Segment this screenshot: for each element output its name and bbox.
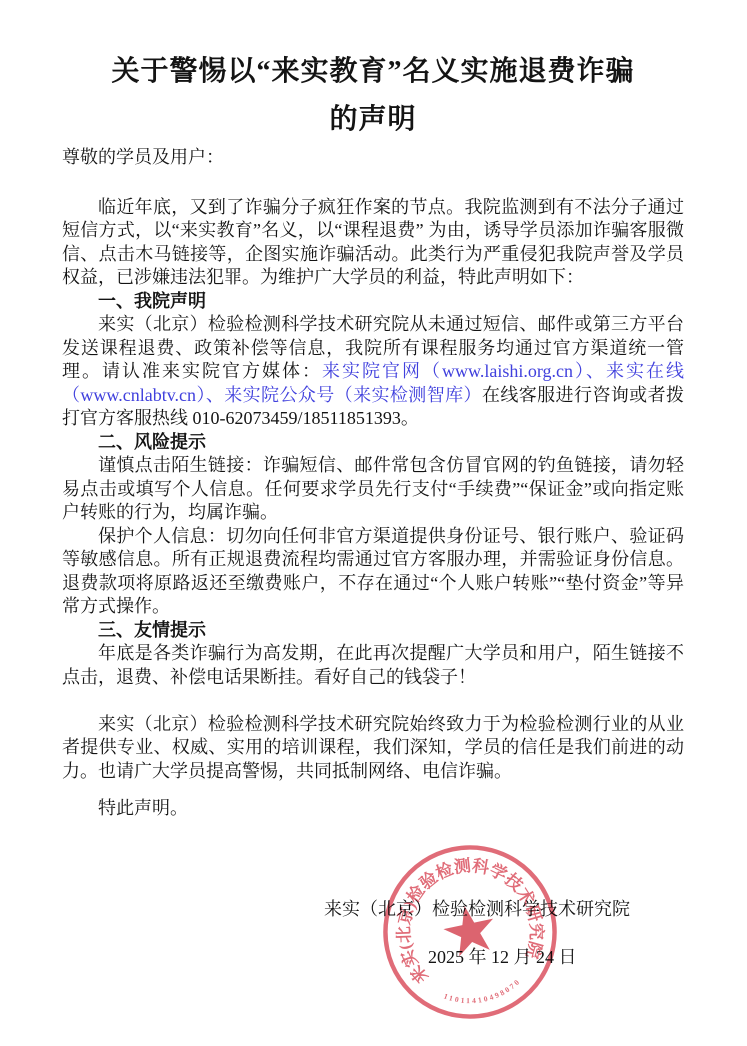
risk-paragraph-links: 谨慎点击陌生链接：诈骗短信、邮件常包含仿冒官网的钓鱼链接，请勿轻易点击或填写个人…: [62, 454, 684, 525]
section-heading-statement: 一、我院声明: [62, 290, 684, 314]
intro-paragraph: 临近年底，又到了诈骗分子疯狂作案的节点。我院监测到有不法分子通过短信方式，以“来…: [62, 196, 684, 290]
statement-document: 关于警惕以“来实教育”名义实施退费诈骗 的声明 尊敬的学员及用户： 临近年底，又…: [0, 0, 747, 1046]
title-line-2: 的声明: [62, 96, 684, 144]
section-heading-risk: 二、风险提示: [62, 431, 684, 455]
reminder-paragraph: 年底是各类诈骗行为高发期，在此再次提醒广大学员和用户，陌生链接不点击，退费、补偿…: [62, 642, 684, 689]
salutation: 尊敬的学员及用户：: [62, 146, 684, 170]
official-seal: 来实(北京)检验检测科学技术研究院 11011410498070: [364, 826, 575, 1037]
star-icon: [440, 901, 500, 959]
document-body: 关于警惕以“来实教育”名义实施退费诈骗 的声明 尊敬的学员及用户： 临近年底，又…: [62, 0, 684, 821]
page-title: 关于警惕以“来实教育”名义实施退费诈骗 的声明: [62, 0, 684, 144]
risk-paragraph-personal-info: 保护个人信息：切勿向任何非官方渠道提供身份证号、银行账户、验证码等敏感信息。所有…: [62, 525, 684, 619]
title-line-1: 关于警惕以“来实教育”名义实施退费诈骗: [62, 48, 684, 96]
section-heading-friendly-reminder: 三、友情提示: [62, 619, 684, 643]
closing-paragraph: 来实（北京）检验检测科学技术研究院始终致力于为检验检测行业的从业者提供专业、权威…: [62, 713, 684, 784]
statement-paragraph: 来实（北京）检验检测科学技术研究院从未通过短信、邮件或第三方平台发送课程退费、政…: [62, 313, 684, 431]
closing-statement: 特此声明。: [62, 797, 684, 821]
